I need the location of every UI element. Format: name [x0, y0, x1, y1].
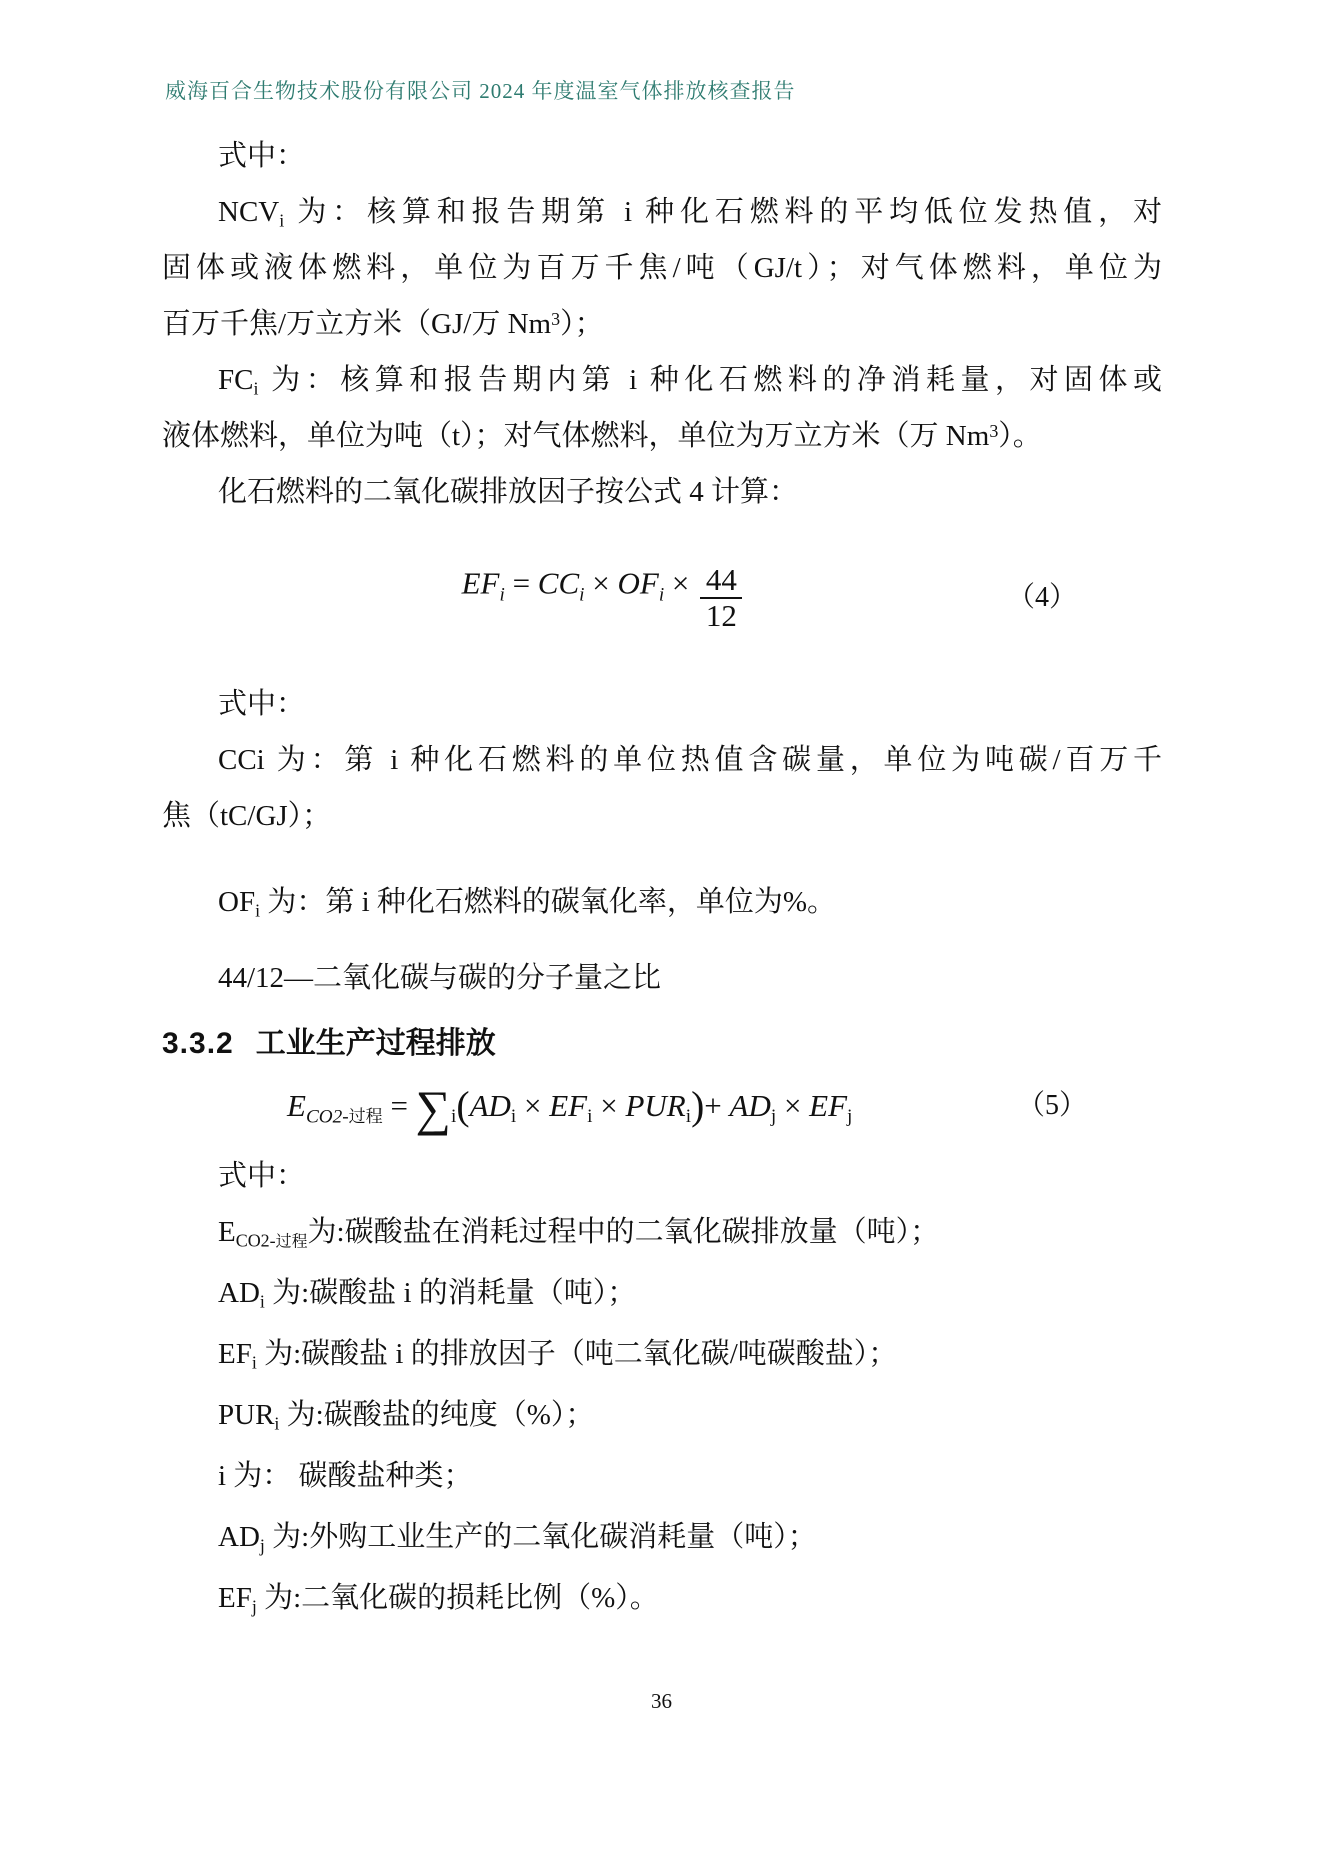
section-heading-3-3-2: 3.3.2工业生产过程排放	[162, 1022, 1162, 1066]
formula-4-expression: EFi = CCi × OFi × 4412	[462, 563, 743, 633]
formula-5-expression: ECO2-过程 = ∑i(ADi × EFi × PURi)+ ADj × EF…	[287, 1087, 852, 1124]
paragraph-fc-line-2: 液体燃料，单位为吨（t）；对气体燃料，单位为万立方米（万 Nm3）。	[162, 408, 1162, 464]
formula-4-label: （4）	[1007, 570, 1077, 626]
paragraph-ncv-line-2: 固体或液体燃料，单位为百万千焦/吨（GJ/t）；对气体燃料，单位为	[162, 240, 1162, 296]
paragraph-ncv-line-1: NCVi 为：核算和报告期第 i 种化石燃料的平均低位发热值，对	[162, 184, 1162, 240]
formula-intro-line-3: 式中：	[162, 1148, 1162, 1204]
formula-intro-line: 式中：	[162, 128, 1162, 184]
section-heading-number: 3.3.2	[162, 1027, 234, 1060]
paragraph-fc-line-1: FCi 为：核算和报告期内第 i 种化石燃料的净消耗量，对固体或	[162, 352, 1162, 408]
definition-pur-i: PURi 为:碳酸盐的纯度（%）；	[162, 1387, 1162, 1443]
definition-ef-j: EFj 为:二氧化碳的损耗比例（%）。	[162, 1570, 1162, 1626]
paragraph-ratio-line: 44/12—二氧化碳与碳的分子量之比	[162, 950, 1162, 1006]
paragraph-cc-line-2: 焦（tC/GJ）；	[162, 788, 1162, 844]
document-page: 威海百合生物技术股份有限公司 2024 年度温室气体排放核查报告 式中： NCV…	[0, 0, 1323, 1871]
paragraph-of-line: OFi 为：第 i 种化石燃料的碳氧化率，单位为%。	[162, 874, 1162, 930]
formula-4: EFi = CCi × OFi × 4412 （4）	[162, 538, 1162, 658]
definition-e-co2: ECO2-过程为:碳酸盐在消耗过程中的二氧化碳排放量（吨）；	[162, 1204, 1162, 1260]
formula-5-label: （5）	[1017, 1078, 1087, 1134]
definition-ef-i: EFi 为:碳酸盐 i 的排放因子（吨二氧化碳/吨碳酸盐）；	[162, 1326, 1162, 1382]
definition-ad-j: ADj 为:外购工业生产的二氧化碳消耗量（吨）；	[162, 1509, 1162, 1565]
paragraph-formula4-intro: 化石燃料的二氧化碳排放因子按公式 4 计算：	[162, 464, 1162, 520]
formula-intro-line-2: 式中：	[162, 676, 1162, 732]
definition-ad-i: ADi 为:碳酸盐 i 的消耗量（吨）；	[162, 1265, 1162, 1321]
page-number: 36	[0, 1688, 1323, 1714]
definition-i: i 为： 碳酸盐种类；	[162, 1448, 1162, 1504]
paragraph-ncv-line-3: 百万千焦/万立方米（GJ/万 Nm3）；	[162, 296, 1162, 352]
paragraph-cc-line-1: CCi 为：第 i 种化石燃料的单位热值含碳量，单位为吨碳/百万千	[162, 732, 1162, 788]
document-body: 式中： NCVi 为：核算和报告期第 i 种化石燃料的平均低位发热值，对 固体或…	[162, 128, 1162, 1626]
page-header: 威海百合生物技术股份有限公司 2024 年度温室气体排放核查报告	[165, 78, 796, 104]
section-heading-title: 工业生产过程排放	[256, 1027, 496, 1060]
formula-5: ECO2-过程 = ∑i(ADi × EFi × PURi)+ ADj × EF…	[162, 1068, 1162, 1144]
definition-list: ECO2-过程为:碳酸盐在消耗过程中的二氧化碳排放量（吨）； ADi 为:碳酸盐…	[162, 1204, 1162, 1626]
